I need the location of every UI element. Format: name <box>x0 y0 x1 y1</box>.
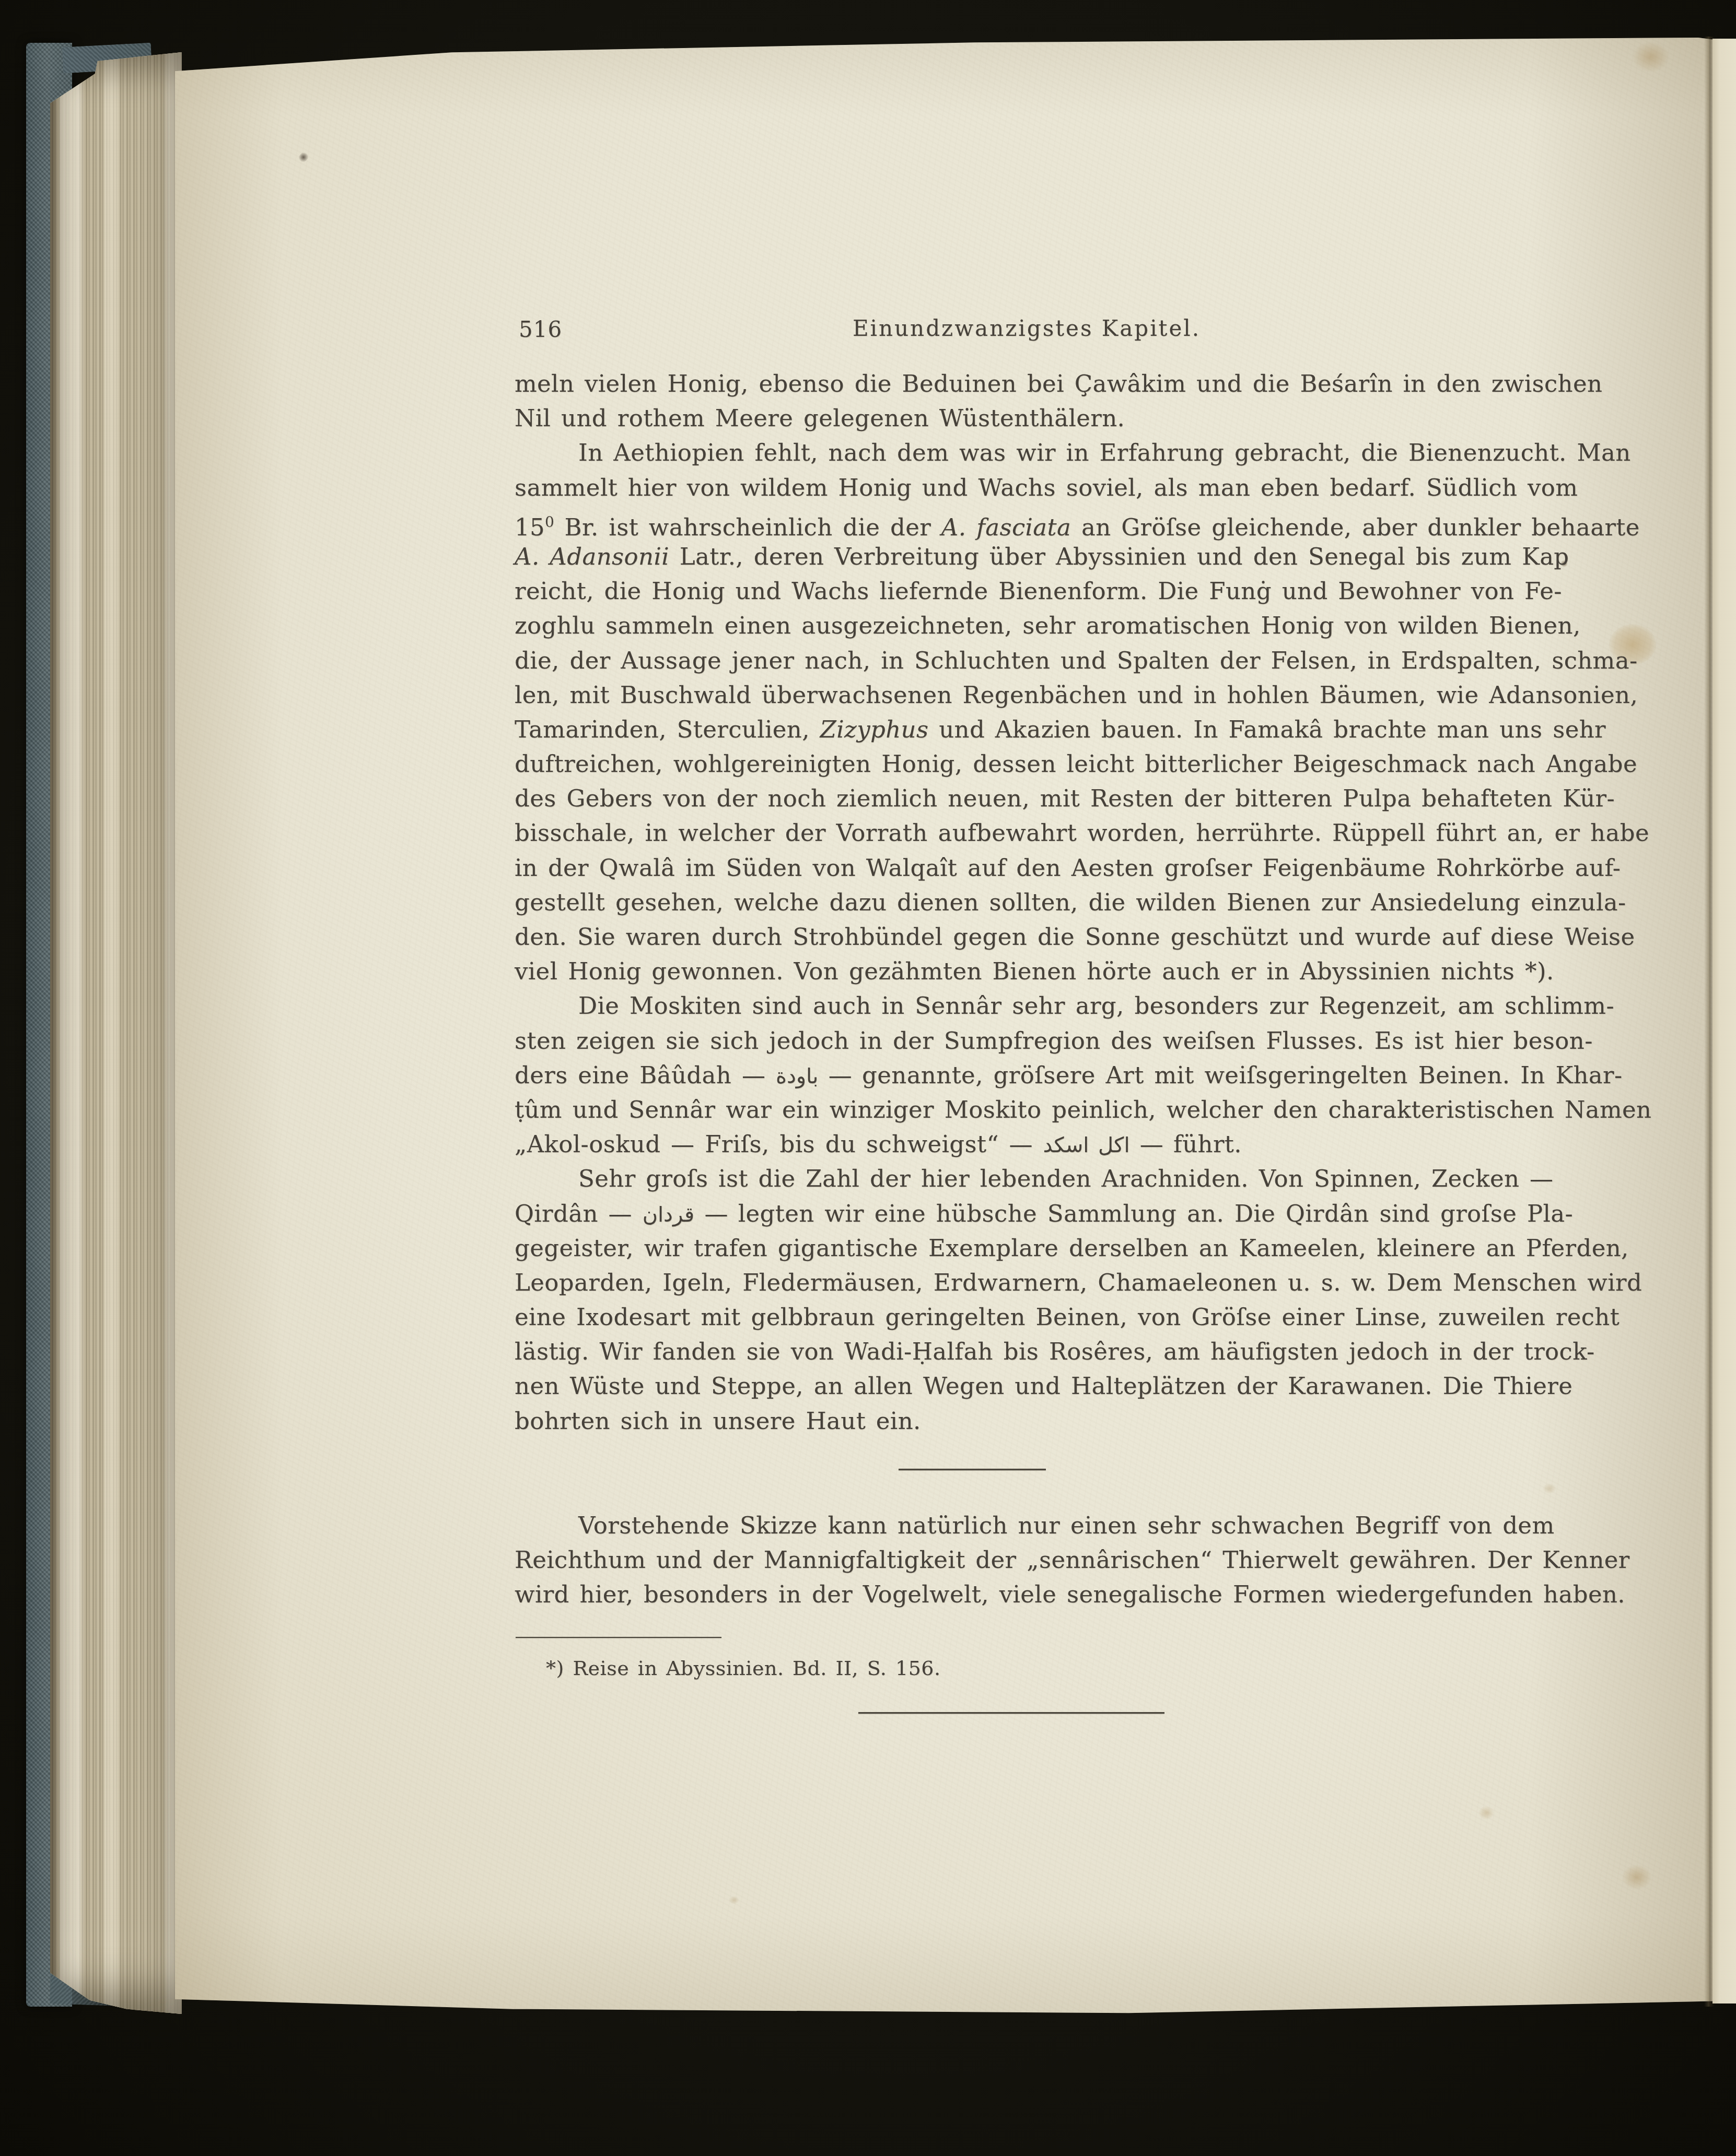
text-line: „Akol-oskud — Friſs, bis du schweigst“ —… <box>515 1127 1539 1162</box>
page-edge-stack <box>50 52 182 2014</box>
text-line: die, der Aussage jener nach, in Schlucht… <box>515 643 1539 678</box>
text-line: zoghlu sammeln einen ausgezeichneten, se… <box>515 608 1539 643</box>
text-line: ders eine Bâûdah — باودة — genannte, grö… <box>515 1058 1539 1093</box>
text-line: bisschale, in welcher der Vorrath aufbew… <box>515 816 1539 850</box>
section-end-rule <box>899 1469 1046 1470</box>
text-line: gegeister, wir trafen gigantische Exempl… <box>515 1231 1539 1266</box>
text-line: Nil und rothem Meere gelegenen Wüstenthä… <box>515 401 1539 436</box>
text-line: den. Sie waren durch Strohbündel gegen d… <box>515 920 1539 954</box>
foxing-stain <box>1633 42 1669 72</box>
text-line: Tamarinden, Sterculien, Zizyphus und Aka… <box>515 712 1539 747</box>
footnote: *) Reise in Abyssinien. Bd. II, S. 156. <box>515 1654 1539 1683</box>
text-line: Vorstehende Skizze kann natürlich nur ei… <box>515 1508 1539 1543</box>
chapter-header: Einundzwanzigstes Kapitel. <box>515 315 1539 341</box>
text-line: len, mit Buschwald überwachsenen Regenbä… <box>515 678 1539 712</box>
foxing-stain <box>1543 1483 1556 1494</box>
text-line: sten zeigen sie sich jedoch in der Sumpf… <box>515 1024 1539 1058</box>
text-line: Die Moskiten sind auch in Sennâr sehr ar… <box>515 989 1539 1023</box>
text-line: A. Adansonii Latr., deren Verbreitung üb… <box>515 540 1539 574</box>
text-line: lästig. Wir fanden sie von Wadi-Ḥalfah b… <box>515 1334 1539 1369</box>
chapter-end-rule <box>858 1712 1164 1714</box>
text-line: ṭûm und Sennâr war ein winziger Moskito … <box>515 1093 1539 1127</box>
text-line: in der Qwalâ im Süden von Walqaît auf de… <box>515 851 1539 885</box>
text-line: Leoparden, Igeln, Fledermäusen, Erdwarne… <box>515 1266 1539 1300</box>
ink-fleck <box>297 150 310 164</box>
foxing-stain <box>1622 1865 1651 1890</box>
running-head: 516 Einundzwanzigstes Kapitel. <box>515 315 1539 347</box>
text-line: nen Wüste und Steppe, an allen Wegen und… <box>515 1369 1539 1403</box>
text-line: meln vielen Honig, ebenso die Beduinen b… <box>515 367 1539 401</box>
text-line: sammelt hier von wildem Honig und Wachs … <box>515 471 1539 505</box>
photographed-book-scan: 516 Einundzwanzigstes Kapitel. meln viel… <box>0 0 1736 2156</box>
text-line: Qirdân — قردان — legten wir eine hübsche… <box>515 1197 1539 1231</box>
text-line: In Aethiopien fehlt, nach dem was wir in… <box>515 436 1539 470</box>
text-line: viel Honig gewonnen. Von gezähmten Biene… <box>515 954 1539 989</box>
closing-text: Vorstehende Skizze kann natürlich nur ei… <box>515 1508 1539 1612</box>
text-line: Reichthum und der Mannigfaltigkeit der „… <box>515 1543 1539 1577</box>
adjacent-page-edge <box>1712 39 1736 2003</box>
text-line: bohrten sich in unsere Haut ein. <box>515 1404 1539 1438</box>
text-line: wird hier, besonders in der Vogelwelt, v… <box>515 1577 1539 1612</box>
text-line: eine Ixodesart mit gelbbraun geringelten… <box>515 1300 1539 1334</box>
book-page: 516 Einundzwanzigstes Kapitel. meln viel… <box>175 37 1714 2015</box>
body-text: meln vielen Honig, ebenso die Beduinen b… <box>515 367 1539 1438</box>
footnote-separator-rule <box>516 1637 721 1638</box>
text-line: duftreichen, wohlgereinigten Honig, dess… <box>515 747 1539 781</box>
text-line: des Gebers von der noch ziemlich neuen, … <box>515 781 1539 816</box>
text-line: gestellt gesehen, welche dazu dienen sol… <box>515 885 1539 920</box>
text-line: 150 Br. ist wahrscheinlich die der A. fa… <box>515 505 1539 540</box>
text-line: Sehr groſs ist die Zahl der hier lebende… <box>515 1162 1539 1196</box>
text-line: reicht, die Honig und Wachs liefernde Bi… <box>515 574 1539 608</box>
text-column: 516 Einundzwanzigstes Kapitel. meln viel… <box>515 37 1539 2015</box>
